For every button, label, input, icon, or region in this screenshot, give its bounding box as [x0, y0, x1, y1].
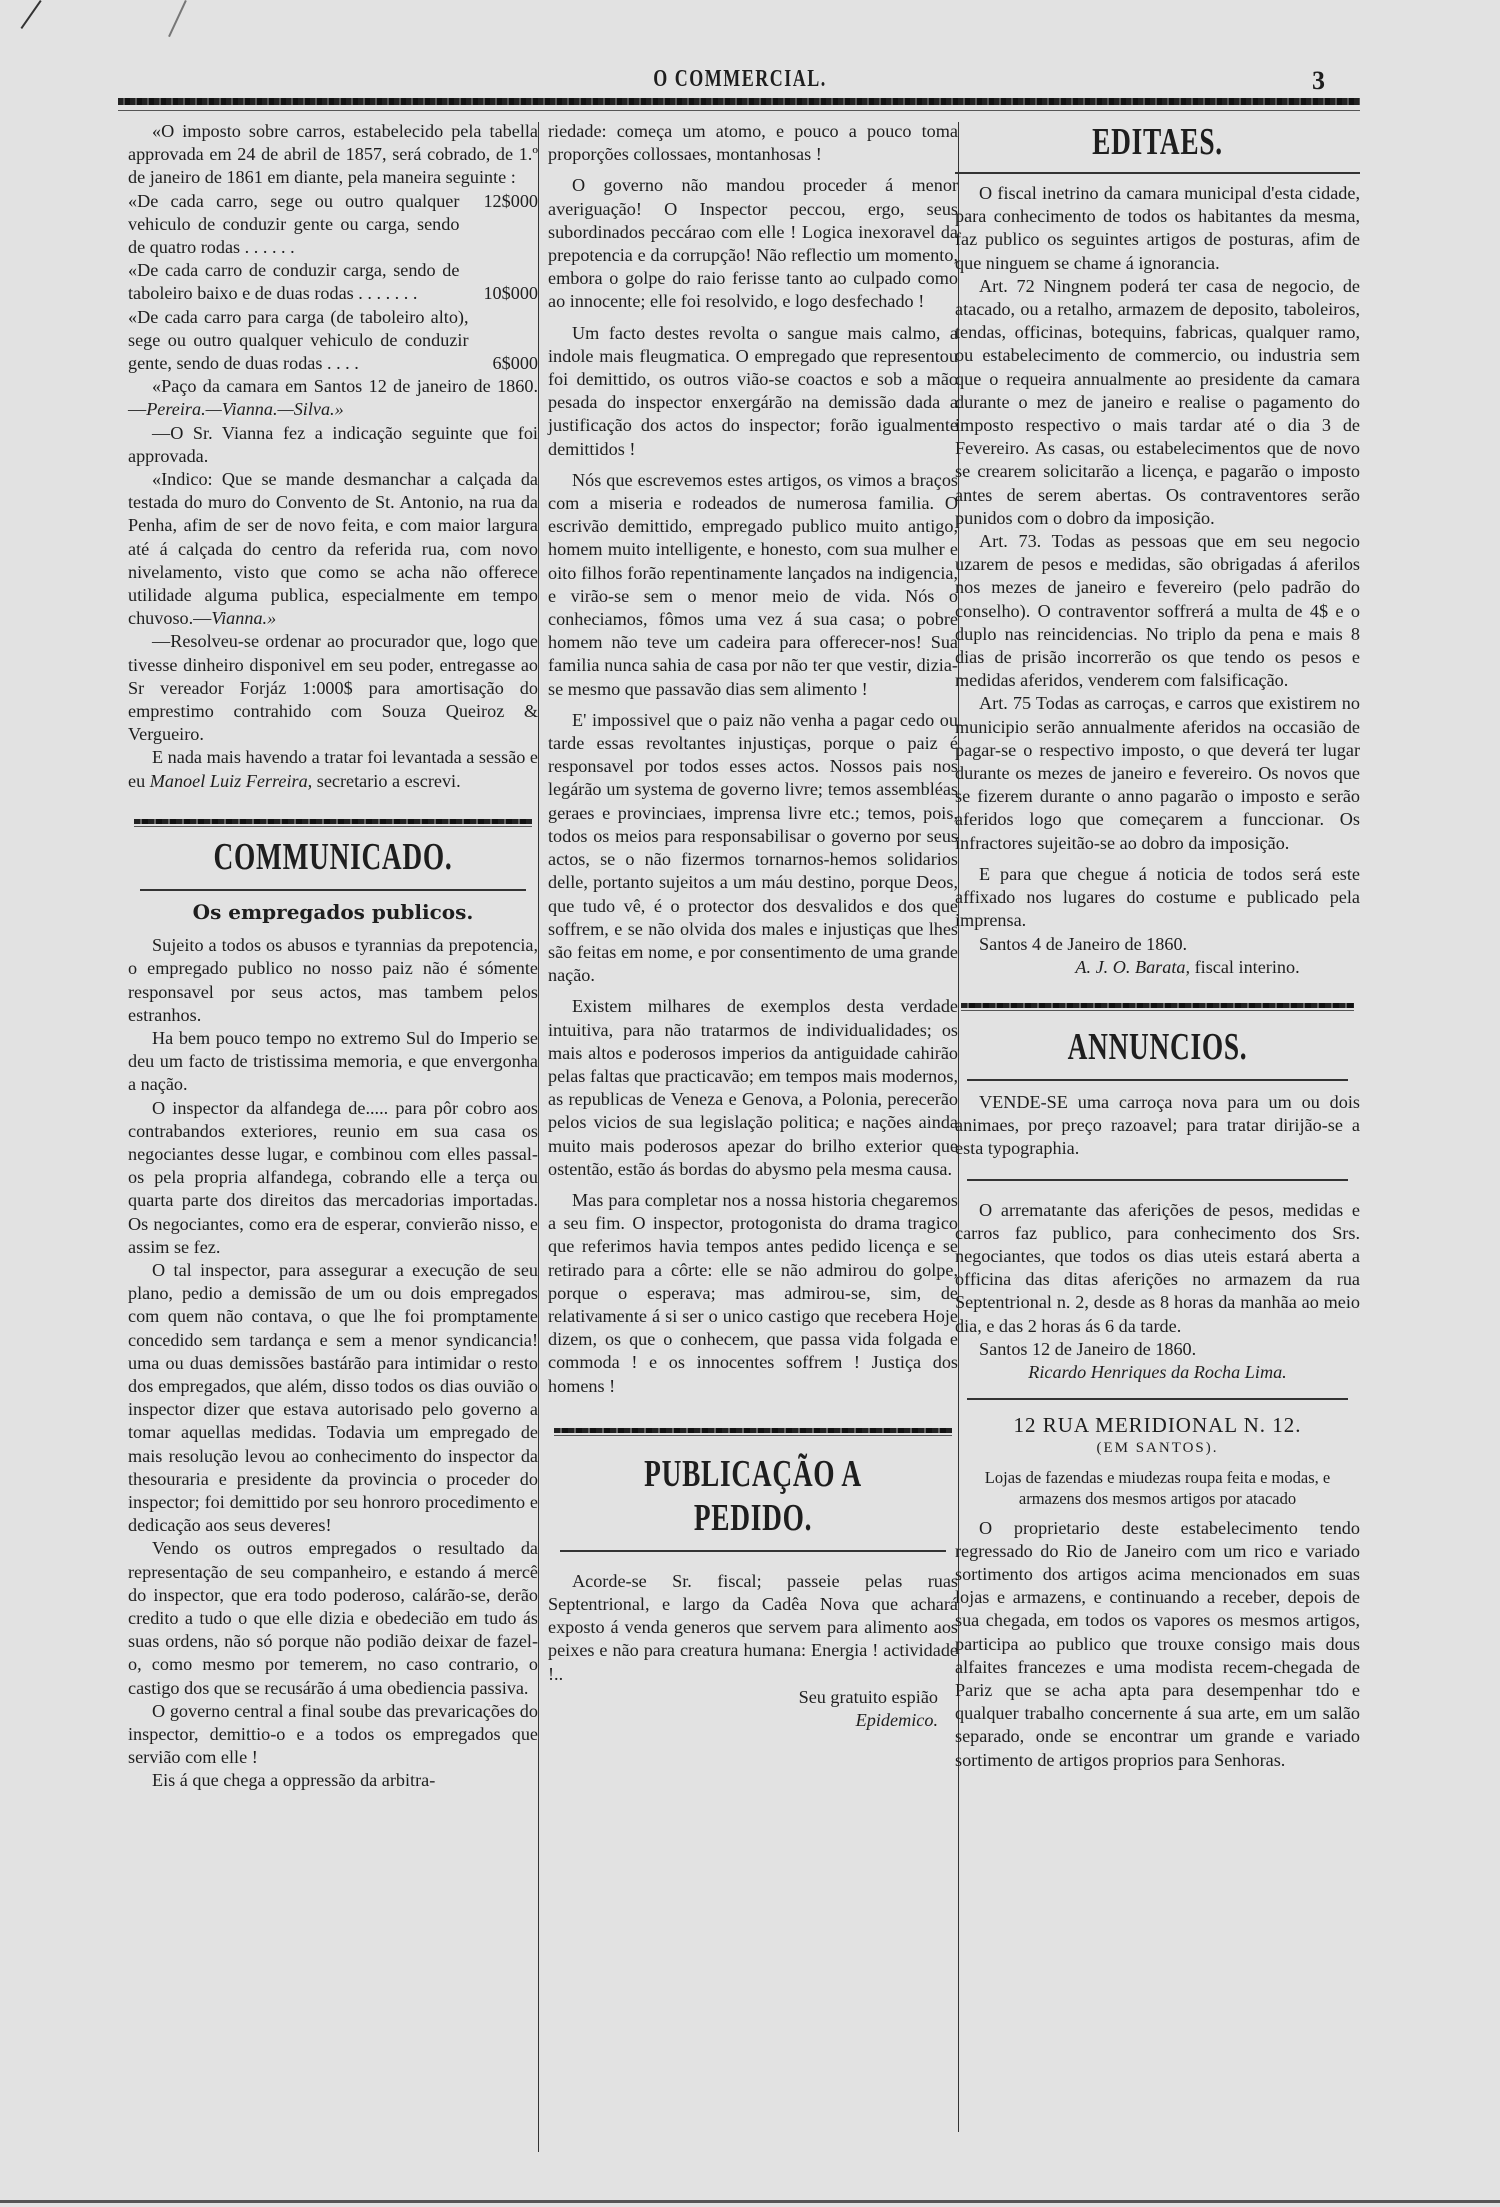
ad-address-sub: (EM SANTOS). [955, 1437, 1360, 1460]
column-divider [538, 122, 539, 2152]
paragraph: Um facto destes revolta o sangue mais ca… [548, 322, 958, 461]
tax-intro: «O imposto sobre carros, estabelecido pe… [128, 120, 538, 190]
ad-loja: O proprietario deste estabelecimento ten… [955, 1517, 1360, 1772]
section-title-publicacao: PUBLICAÇÃO A PEDIDO. [605, 1452, 900, 1540]
signatories: Pereira.—Vianna.—Silva.» [146, 399, 344, 419]
paragraph: E nada mais havendo a tratar foi levanta… [128, 746, 538, 792]
article-73: Art. 73. Todas as pessoas que em seu neg… [955, 530, 1360, 692]
date-line: Santos 4 de Janeiro de 1860. [955, 933, 1360, 956]
column-1: «O imposto sobre carros, estabelecido pe… [128, 120, 538, 1793]
paragraph: Sujeito a todos os abusos e tyrannias da… [128, 934, 538, 1027]
paragraph: O governo central a final soube das prev… [128, 1700, 538, 1770]
article-title: Os empregados publicos. [128, 901, 538, 924]
section-rule-thin [554, 1435, 952, 1436]
tax-amount: 10$000 [459, 282, 538, 305]
masthead-rule [118, 98, 1360, 105]
tax-table: «De cada carro, sege ou outro qualquer v… [128, 190, 538, 376]
tax-row: «De cada carro para carga (de taboleiro … [128, 306, 538, 376]
tax-amount: 6$000 [469, 352, 538, 375]
signature-name: Epidemico. [548, 1709, 958, 1732]
tax-row: «De cada carro de conduzir carga, sendo … [128, 259, 538, 305]
paragraph: Acorde-se Sr. fiscal; passeie pelas ruas… [548, 1570, 958, 1686]
newspaper-title: O COMMERCIAL. [275, 66, 1205, 93]
article-72: Art. 72 Ningnem poderá ter casa de negoc… [955, 275, 1360, 530]
section-title-communicado: COMMUNICADO. [185, 835, 480, 879]
section-rule [140, 889, 526, 891]
signature-line: Seu gratuito espião [548, 1686, 958, 1709]
paragraph: —Resolveu-se ordenar ao procurador que, … [128, 630, 538, 746]
masthead-rule-thin [118, 110, 1360, 111]
section-rule [967, 1079, 1348, 1081]
paragraph: O governo não mandou proceder á menor av… [548, 174, 958, 313]
ad-divider [967, 1398, 1348, 1400]
paragraph: —O Sr. Vianna fez a indicação seguinte q… [128, 422, 538, 468]
paragraph: Eis á que chega a oppressão da arbitra- [128, 1769, 538, 1792]
paragraph: Mas para completar nos a nossa historia … [548, 1189, 958, 1398]
paragraph: E para que chegue á noticia de todos ser… [955, 863, 1360, 933]
section-rule-thin [961, 1010, 1354, 1011]
tax-row: «De cada carro, sege ou outro qualquer v… [128, 190, 538, 260]
section-rule [955, 172, 1360, 174]
tax-label: «De cada carro de conduzir carga, sendo … [128, 259, 459, 305]
date-line: Santos 12 de Janeiro de 1860. [955, 1338, 1360, 1361]
paragraph: O tal inspector, para assegurar a execuç… [128, 1259, 538, 1537]
paragraph: Vendo os outros empregados o resultado d… [128, 1537, 538, 1699]
paragraph: riedade: começa um atomo, e pouco a pouc… [548, 120, 958, 166]
paragraph: Nós que escrevemos estes artigos, os vim… [548, 469, 958, 701]
ad-afericoes: O arrematante das aferições de pesos, me… [955, 1199, 1360, 1338]
scan-corner-mark [20, 0, 41, 29]
scan-corner-mark [168, 0, 187, 37]
section-rule [554, 1428, 952, 1433]
section-rule-thin [134, 826, 532, 827]
masthead: O COMMERCIAL. 3 [120, 66, 1360, 96]
page-bottom-edge [0, 2200, 1500, 2203]
section-title-editaes: EDITAES. [1012, 120, 1304, 164]
column-2: riedade: começa um atomo, e pouco a pouc… [548, 120, 958, 1732]
page-number: 3 [1312, 66, 1325, 96]
paragraph: O inspector da alfandega de..... para pô… [128, 1097, 538, 1259]
paragraph: Ha bem pouco tempo no extremo Sul do Imp… [128, 1027, 538, 1097]
article-75: Art. 75 Todas as carroças, e carros que … [955, 692, 1360, 854]
tax-label: «De cada carro para carga (de taboleiro … [128, 306, 469, 376]
section-title-annuncios: ANNUNCIOS. [1012, 1025, 1304, 1069]
tax-label: «De cada carro, sege ou outro qualquer v… [128, 190, 459, 260]
ad-address-heading: 12 RUA MERIDIONAL N. 12. [955, 1414, 1360, 1437]
signature-name: Ricardo Henriques da Rocha Lima. [955, 1361, 1360, 1384]
ad-tagline: Lojas de fazendas e miudezas roupa feita… [955, 1467, 1360, 1509]
section-rule [961, 1003, 1354, 1008]
section-rule [134, 819, 532, 824]
signed-line: «Paço da camara em Santos 12 de janeiro … [128, 375, 538, 421]
paragraph: O fiscal inetrino da camara municipal d'… [955, 182, 1360, 275]
paragraph: «Indico: Que se mande desmanchar a calça… [128, 468, 538, 630]
tax-amount: 12$000 [459, 190, 538, 260]
ad-divider [967, 1179, 1348, 1181]
section-rule [560, 1550, 946, 1552]
paragraph: E' impossivel que o paiz não venha a pag… [548, 709, 958, 987]
paragraph: Existem milhares de exemplos desta verda… [548, 995, 958, 1181]
ad-carroca: VENDE-SE uma carroça nova para um ou doi… [955, 1091, 1360, 1161]
column-3: EDITAES. O fiscal inetrino da camara mun… [955, 120, 1360, 1772]
signature-line: A. J. O. Barata, fiscal interino. [955, 956, 1360, 979]
